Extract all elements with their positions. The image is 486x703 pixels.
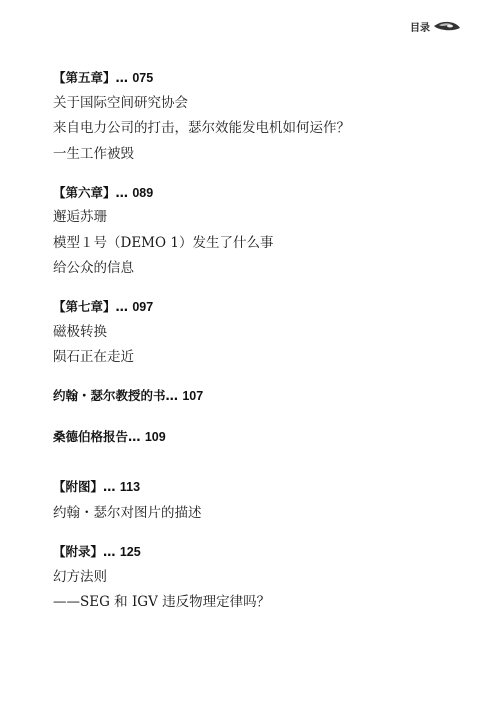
toc-item[interactable]: 模型１号（DEMO 1）发生了什么事 [53, 233, 273, 253]
toc-entry-chapter-7[interactable]: 【第七章】… 097 [53, 297, 153, 317]
toc-heading: 【第五章】… [53, 70, 132, 85]
toc-page-number: 089 [132, 186, 153, 200]
header-title: 目录 [410, 19, 430, 34]
toc-item[interactable]: 给公众的信息 [53, 258, 134, 278]
toc-entry-sandberg-report[interactable]: 桑德伯格报告… 109 [53, 427, 166, 447]
toc-heading: 【第七章】… [53, 299, 132, 314]
toc-entry-chapter-6[interactable]: 【第六章】… 089 [53, 183, 153, 203]
toc-heading: 【第六章】… [53, 185, 132, 200]
toc-item[interactable]: 幻方法则 [53, 567, 107, 587]
toc-item[interactable]: 关于国际空间研究协会 [53, 93, 188, 113]
toc-heading: 桑德伯格报告… [53, 429, 145, 444]
toc-item[interactable]: 一生工作被毁 [53, 144, 134, 164]
toc-heading: 【附图】… [53, 479, 120, 494]
ufo-icon [433, 20, 461, 32]
toc-item[interactable]: 磁极转换 [53, 322, 107, 342]
toc-heading: 约翰・瑟尔教授的书… [53, 388, 182, 403]
toc-page-number: 097 [132, 300, 153, 314]
toc-heading: 【附录】… [53, 544, 120, 559]
toc-item[interactable]: 邂逅苏珊 [53, 207, 107, 227]
toc-item[interactable]: 来自电力公司的打击，瑟尔效能发电机如何运作？ [53, 118, 350, 138]
toc-entry-chapter-5[interactable]: 【第五章】… 075 [53, 68, 153, 88]
toc-item[interactable]: ——SEG 和 IGV 违反物理定律吗？ [53, 592, 270, 612]
toc-entry-searl-books[interactable]: 约翰・瑟尔教授的书… 107 [53, 386, 203, 406]
toc-item[interactable]: 陨石正在走近 [53, 347, 134, 367]
toc-item[interactable]: 约翰・瑟尔对图片的描述 [53, 503, 202, 523]
toc-entry-appendix[interactable]: 【附录】… 125 [53, 542, 141, 562]
toc-page-number: 113 [120, 480, 140, 494]
toc-page-number: 125 [120, 545, 141, 559]
toc-entry-figures[interactable]: 【附图】… 113 [53, 477, 140, 497]
toc-page-number: 107 [182, 389, 203, 403]
toc-page-number: 109 [145, 430, 166, 444]
toc-page-number: 075 [132, 71, 153, 85]
running-header: 目录 [410, 17, 461, 35]
